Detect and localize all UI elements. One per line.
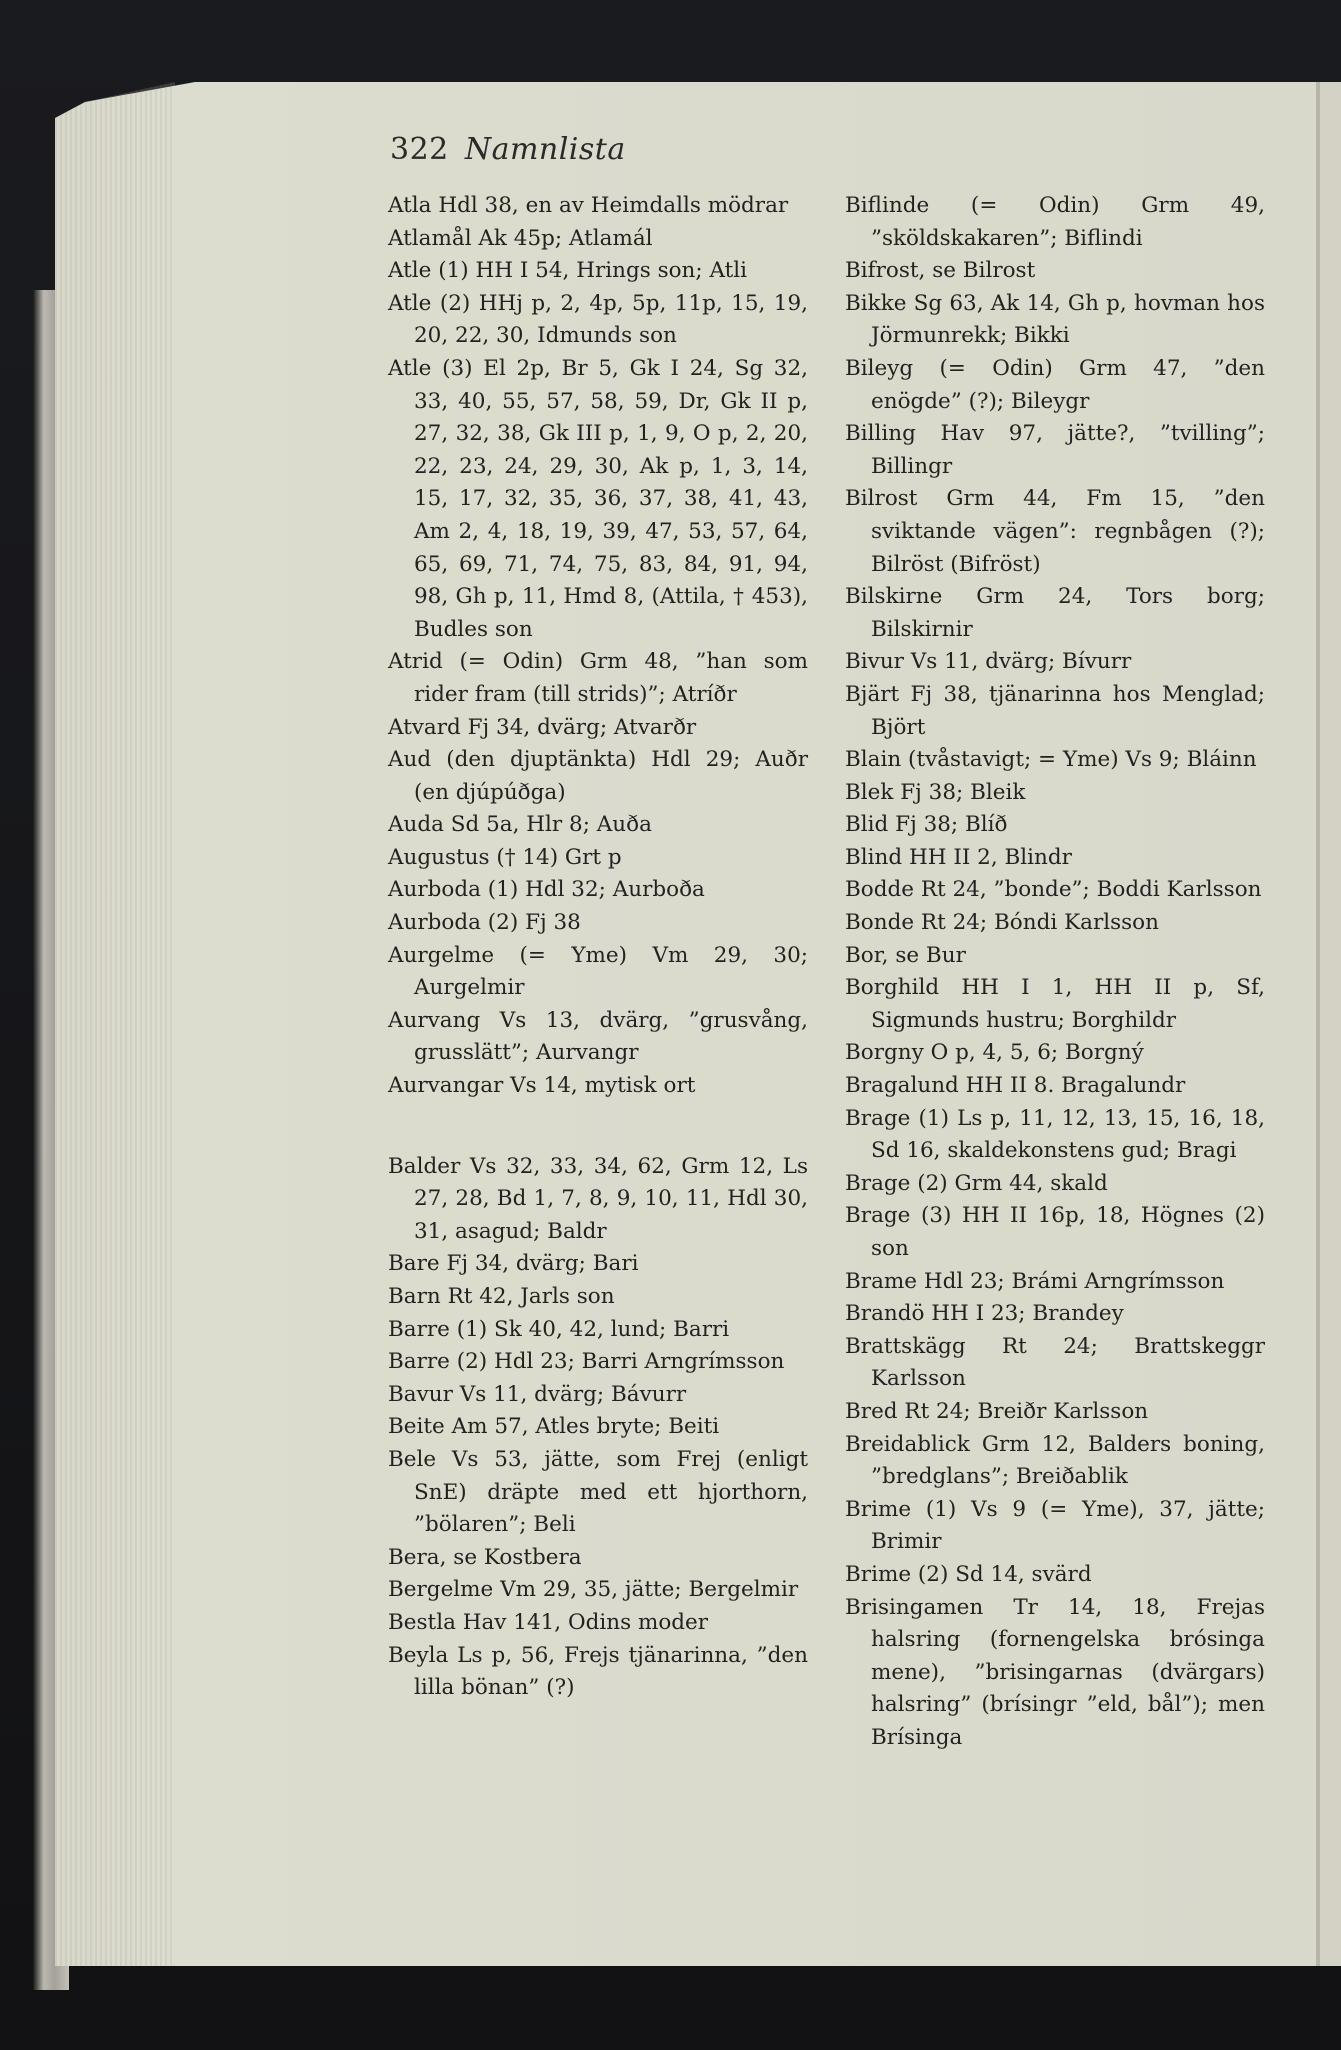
index-entry: Atle (1) HH I 54, Hrings son; Atli (388, 255, 808, 288)
next-page-edge (1320, 82, 1341, 1966)
index-entry: Aurboda (2) Fj 38 (388, 907, 808, 940)
index-column-left: Atla Hdl 38, en av Heimdalls mödrar Atla… (388, 190, 808, 1705)
index-entry: Atla Hdl 38, en av Heimdalls mödrar (388, 190, 808, 223)
index-entry: Bavur Vs 11, dvärg; Bávurr (388, 1379, 808, 1412)
index-entry: Barre (2) Hdl 23; Barri Arngrímsson (388, 1346, 808, 1379)
index-entry: Bilrost Grm 44, Fm 15, ”den sviktande vä… (845, 483, 1265, 581)
index-entry: Atle (2) HHj p, 2, 4p, 5p, 11p, 15, 19, … (388, 288, 808, 353)
index-entry: Brime (2) Sd 14, svärd (845, 1559, 1265, 1592)
index-entry: Aurgelme (= Yme) Vm 29, 30; Aurgelmir (388, 940, 808, 1005)
index-entry: Bergelme Vm 29, 35, jätte; Bergelmir (388, 1574, 808, 1607)
index-entry: Bonde Rt 24; Bóndi Karlsson (845, 907, 1265, 940)
index-entry: Brame Hdl 23; Brámi Arngrímsson (845, 1266, 1265, 1299)
index-entry: Blain (tvåstavigt; = Yme) Vs 9; Bláinn (845, 744, 1265, 777)
index-column-right: Biflinde (= Odin) Grm 49, ”sköldskakaren… (845, 190, 1265, 1755)
index-entry: Borghild HH I 1, HH II p, Sf, Sigmunds h… (845, 972, 1265, 1037)
index-entry: Bivur Vs 11, dvärg; Bívurr (845, 646, 1265, 679)
index-entry: Brage (3) HH II 16p, 18, Högnes (2) son (845, 1200, 1265, 1265)
index-entry: Bestla Hav 141, Odins moder (388, 1607, 808, 1640)
index-entry: Balder Vs 32, 33, 34, 62, Grm 12, Ls 27,… (388, 1151, 808, 1249)
index-entry: Brage (2) Grm 44, skald (845, 1168, 1265, 1201)
index-entry: Bodde Rt 24, ”bonde”; Boddi Karlsson (845, 874, 1265, 907)
index-entry: Bare Fj 34, dvärg; Bari (388, 1248, 808, 1281)
index-entry: Aurvangar Vs 14, mytisk ort (388, 1070, 808, 1103)
page-stack-edge (55, 82, 175, 1966)
index-entry: Brime (1) Vs 9 (= Yme), 37, jätte; Brimi… (845, 1494, 1265, 1559)
index-entry: Beyla Ls p, 56, Frejs tjänarinna, ”den l… (388, 1640, 808, 1705)
index-entry: Blek Fj 38; Bleik (845, 777, 1265, 810)
index-entry: Atlamål Ak 45p; Atlamál (388, 223, 808, 256)
running-header: 322 Namnlista (390, 132, 626, 167)
index-entry: Bifrost, se Bilrost (845, 255, 1265, 288)
index-entry: Billing Hav 97, jätte?, ”tvilling”; Bill… (845, 418, 1265, 483)
index-entry: Borgny O p, 4, 5, 6; Borgný (845, 1037, 1265, 1070)
index-entry: Blind HH II 2, Blindr (845, 842, 1265, 875)
index-entry: Bileyg (= Odin) Grm 47, ”den enögde” (?)… (845, 353, 1265, 418)
index-entry: Bred Rt 24; Breiðr Karlsson (845, 1396, 1265, 1429)
index-entry: Biflinde (= Odin) Grm 49, ”sköldskakaren… (845, 190, 1265, 255)
index-entry: Brattskägg Rt 24; Brattskeggr Karlsson (845, 1331, 1265, 1396)
index-entry: Bera, se Kostbera (388, 1542, 808, 1575)
index-entry: Atvard Fj 34, dvärg; Atvarðr (388, 712, 808, 745)
index-entry: Bragalund HH II 8. Bragalundr (845, 1070, 1265, 1103)
index-entry: Brisingamen Tr 14, 18, Frejas halsring (… (845, 1592, 1265, 1755)
index-entry: Brandö HH I 23; Brandey (845, 1298, 1265, 1331)
index-entry: Bjärt Fj 38, tjänarinna hos Menglad; Bjö… (845, 679, 1265, 744)
index-entry: Aud (den djuptänkta) Hdl 29; Auðr (en dj… (388, 744, 808, 809)
index-entry: Brage (1) Ls p, 11, 12, 13, 15, 16, 18, … (845, 1103, 1265, 1168)
index-entry: Bilskirne Grm 24, Tors borg; Bilskirnir (845, 581, 1265, 646)
index-entry: Atrid (= Odin) Grm 48, ”han som rider fr… (388, 646, 808, 711)
index-entry: Blid Fj 38; Blíð (845, 809, 1265, 842)
index-entry: Beite Am 57, Atles bryte; Beiti (388, 1411, 808, 1444)
index-entry: Barn Rt 42, Jarls son (388, 1281, 808, 1314)
index-entry: Breidablick Grm 12, Balders boning, ”bre… (845, 1429, 1265, 1494)
index-entry: Barre (1) Sk 40, 42, lund; Barri (388, 1314, 808, 1347)
index-entry: Atle (3) El 2p, Br 5, Gk I 24, Sg 32, 33… (388, 353, 808, 646)
index-entry: Bikke Sg 63, Ak 14, Gh p, hovman hos Jör… (845, 288, 1265, 353)
index-entry: Auda Sd 5a, Hlr 8; Auða (388, 809, 808, 842)
index-entry: Bor, se Bur (845, 940, 1265, 973)
index-entry: Bele Vs 53, jätte, som Frej (enligt SnE)… (388, 1444, 808, 1542)
page-number: 322 (390, 132, 449, 167)
index-entry: Aurboda (1) Hdl 32; Aurboða (388, 874, 808, 907)
index-entry: Aurvang Vs 13, dvärg, ”grusvång, grusslä… (388, 1005, 808, 1070)
section-title: Namnlista (465, 132, 626, 167)
index-entry: Augustus († 14) Grt p (388, 842, 808, 875)
